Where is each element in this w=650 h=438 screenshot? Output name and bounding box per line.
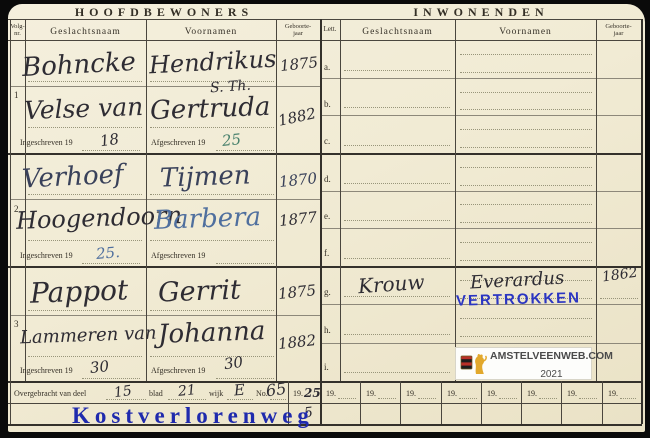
dotted-line: [460, 318, 592, 319]
no-value: 65: [265, 381, 287, 400]
grid-line: [320, 78, 642, 79]
birthyear-1877: 1877: [278, 210, 318, 229]
watermark-box: AMSTELVEENWEB.COM 2021: [455, 347, 592, 380]
dotted-line: [460, 336, 592, 337]
dotted-line: [344, 70, 450, 71]
column-header-geboortejaar-right: Geboorte- jaar: [596, 23, 641, 37]
row-letter-b: b.: [324, 99, 331, 109]
grid-line: [10, 199, 320, 200]
dotted-line: [539, 398, 557, 399]
firstname-johanna: Johanna: [158, 318, 266, 348]
blad-label: blad: [149, 389, 163, 398]
street-stamp-kostverlorenweg: Kostverlorenweg: [72, 403, 314, 429]
dotted-line: [344, 372, 450, 373]
grid-line: [8, 40, 642, 41]
afgeschreven-year-1: 25: [221, 132, 242, 149]
dotted-line: [216, 150, 274, 151]
dotted-line: [150, 194, 274, 195]
grid-line: [10, 19, 11, 424]
dotted-line: [216, 378, 274, 379]
dotted-line: [28, 310, 142, 311]
vertrokken-stamp: VERTROKKEN: [456, 289, 581, 309]
dotted-line: [418, 398, 436, 399]
dotted-line: [460, 185, 592, 186]
birthyear-1882-3: 1882: [277, 333, 317, 352]
ingeschreven-label-3: Ingeschreven 19: [20, 366, 73, 375]
dotted-line: [600, 298, 638, 299]
inwonende-birthyear-1862: 1862: [601, 266, 638, 285]
year-cell-value-0: 25: [304, 387, 321, 399]
grid-line: [320, 115, 642, 116]
afgeschreven-label-3: Afgeschreven 19: [151, 366, 205, 375]
wijk-value: E: [233, 383, 245, 399]
ingeschreven-label-2: Ingeschreven 19: [20, 251, 73, 260]
dotted-line: [150, 356, 274, 357]
dotted-line: [460, 260, 592, 261]
grid-line: [641, 19, 643, 424]
inwonende-surname-krouw: Krouw: [357, 272, 425, 297]
year-cell-label-3: 19.: [406, 389, 416, 398]
dotted-line: [344, 334, 450, 335]
year-cell-label-6: 19.: [527, 389, 537, 398]
dotted-line: [460, 54, 592, 55]
row-letter-d: d.: [324, 174, 331, 184]
dotted-line: [620, 398, 636, 399]
dotted-line: [460, 109, 592, 110]
grid-line: [400, 381, 401, 424]
ingeschreven-year-3: 30: [89, 359, 110, 376]
grid-line: [521, 381, 522, 424]
row-letter-a: a.: [324, 62, 330, 72]
birthyear-1882: 1882: [277, 106, 317, 129]
deel-value: 15: [113, 384, 133, 400]
dotted-line: [82, 150, 140, 151]
register-card-scan: HOOFDBEWONERS INWONENDEN Volg- nr. Gesla…: [0, 0, 650, 438]
grid-line: [340, 19, 341, 381]
dotted-line: [460, 92, 592, 93]
grid-line: [10, 315, 320, 316]
dotted-line: [216, 263, 274, 264]
firstname-gerrit: Gerrit: [158, 277, 242, 307]
column-header-geslachtsnaam-right: Geslachtsnaam: [340, 27, 455, 37]
dotted-line: [344, 183, 450, 184]
afgeschreven-label-2: Afgeschreven 19: [151, 251, 205, 260]
geboortejaar-line2: jaar: [614, 30, 624, 37]
volgnr-1: 1: [14, 90, 19, 100]
column-header-geslachtsnaam-left: Geslachtsnaam: [25, 27, 146, 37]
surname-velse-van: Velse van: [24, 94, 144, 123]
register-card-paper: HOOFDBEWONERS INWONENDEN Volg- nr. Gesla…: [8, 4, 645, 432]
watermark-line2: 2021: [540, 369, 562, 380]
section-title-hoofdbewoners: HOOFDBEWONERS: [8, 5, 320, 20]
birthyear-1875: 1875: [279, 55, 319, 74]
firstname-hendrikus: Hendrikus: [148, 47, 277, 78]
grid-line: [481, 381, 482, 424]
ingeschreven-label-1: Ingeschreven 19: [20, 138, 73, 147]
watermark-text: AMSTELVEENWEB.COM 2021: [490, 346, 613, 382]
dotted-line: [150, 310, 274, 311]
dotted-line: [579, 398, 597, 399]
birthyear-1870: 1870: [278, 171, 318, 190]
afgeschreven-year-3: 30: [223, 355, 244, 373]
dotted-line: [460, 242, 592, 243]
overgebracht-label: Overgebracht van deel: [14, 389, 86, 398]
grid-line: [276, 19, 277, 381]
grid-line: [455, 19, 456, 381]
dotted-line: [460, 72, 592, 73]
grid-line: [8, 19, 642, 20]
dotted-line: [338, 398, 356, 399]
amstelveen-coat-of-arms-icon: [460, 351, 490, 377]
section-title-inwonenden: INWONENDEN: [320, 5, 642, 20]
column-header-volgnr-line2: nr.: [14, 30, 21, 37]
firstname-gertruda: Gertruda: [150, 94, 271, 124]
firstname-tijmen: Tijmen: [160, 162, 251, 191]
surname-pappot: Pappot: [30, 276, 129, 307]
grid-line: [10, 86, 320, 87]
row-letter-h: h.: [324, 325, 331, 335]
dotted-line: [344, 145, 450, 146]
year-cell-label-2: 19.: [366, 389, 376, 398]
dotted-line: [28, 194, 142, 195]
grid-line: [602, 381, 603, 424]
row-letter-c: c.: [324, 136, 330, 146]
grid-line: [596, 19, 597, 381]
surname-bohncke: Bohncke: [21, 49, 136, 81]
dotted-line: [460, 129, 592, 130]
surname-verhoef: Verhoef: [21, 161, 124, 192]
birthyear-1875-3: 1875: [277, 283, 317, 302]
year-cell-label-5: 19.: [487, 389, 497, 398]
volgnr-3: 3: [14, 319, 19, 329]
afgeschreven-label-1: Afgeschreven 19: [151, 138, 205, 147]
row-letter-f: f.: [324, 248, 329, 258]
geboortejaar-line1: Geboorte-: [605, 23, 631, 30]
row-letter-e: e.: [324, 211, 330, 221]
dotted-line: [378, 398, 396, 399]
grid-line: [360, 381, 361, 424]
dotted-line: [460, 222, 592, 223]
grid-line: [441, 381, 442, 424]
firstname-barbera: Barbera: [154, 204, 262, 234]
dotted-line: [499, 398, 517, 399]
dotted-line: [227, 399, 253, 400]
column-header-volgnr-line1: Volg-: [10, 23, 24, 30]
column-header-volgnr: Volg- nr.: [10, 23, 25, 37]
dotted-line: [460, 167, 592, 168]
ingeschreven-year-1: 18: [99, 132, 120, 150]
year-cell-label-0: 19.: [293, 389, 303, 398]
dotted-line: [344, 220, 450, 221]
watermark-line1: AMSTELVEENWEB.COM: [490, 350, 613, 362]
geboortejaar-line1: Geboorte-: [285, 23, 311, 30]
blad-value: 21: [177, 383, 196, 399]
dotted-line: [28, 240, 142, 241]
year-cell-label-4: 19.: [447, 389, 457, 398]
grid-line: [320, 191, 642, 192]
dotted-line: [344, 107, 450, 108]
dotted-line: [82, 263, 140, 264]
column-header-voornamen-right: Voornamen: [455, 27, 596, 37]
grid-line: [320, 343, 642, 344]
dotted-line: [460, 204, 592, 205]
row-letter-i: i.: [324, 362, 329, 372]
dotted-line: [344, 258, 450, 259]
dotted-line: [150, 240, 274, 241]
inwonende-firstname-everardus: Everardus: [470, 270, 565, 293]
surname-lammeren-van: Lammeren van: [20, 325, 157, 348]
dotted-line: [459, 398, 477, 399]
dotted-line: [28, 356, 142, 357]
geboortejaar-line2: jaar: [293, 30, 303, 37]
column-header-lett: Lett.: [320, 26, 340, 33]
ingeschreven-year-2: 25.: [95, 245, 120, 262]
row-letter-g: g.: [324, 287, 331, 297]
grid-line: [8, 153, 642, 155]
column-header-voornamen-left: Voornamen: [146, 27, 276, 37]
center-divider: [320, 19, 322, 424]
year-cell-label-1: 19.: [326, 389, 336, 398]
dotted-line: [460, 147, 592, 148]
dotted-line: [168, 399, 206, 400]
grid-line: [561, 381, 562, 424]
dotted-line: [150, 127, 274, 128]
dotted-line: [82, 378, 140, 379]
year-cell-label-7: 19.: [567, 389, 577, 398]
wijk-label: wijk: [209, 389, 223, 398]
year-cell-label-8: 19.: [608, 389, 618, 398]
dotted-line: [28, 127, 142, 128]
column-header-geboortejaar-left: Geboorte- jaar: [276, 23, 320, 37]
grid-line: [320, 228, 642, 229]
